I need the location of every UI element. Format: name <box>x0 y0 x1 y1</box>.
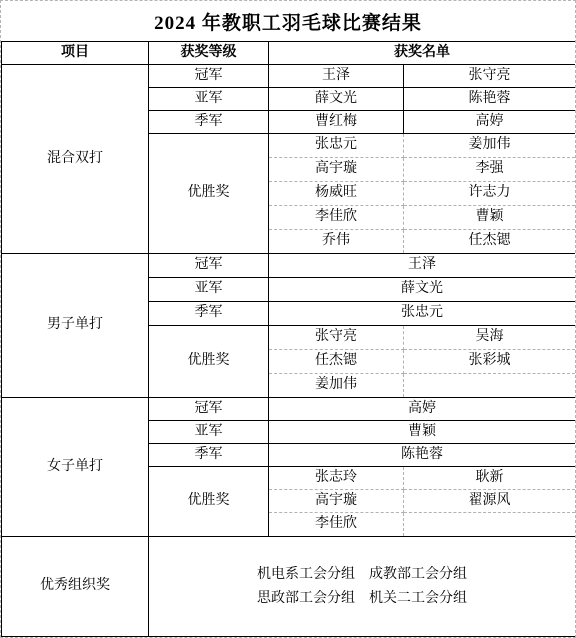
level-cell-merit: 优胜奖 <box>149 467 269 537</box>
table-row: 女子单打 冠军 高婷 <box>2 398 576 421</box>
winner-cell: 张忠元 <box>269 134 404 158</box>
winner-cell: 高宇璇 <box>269 490 404 513</box>
winner-cell: 张守亮 <box>404 65 576 88</box>
level-cell-merit: 优胜奖 <box>149 326 269 398</box>
winner-cell: 翟源风 <box>404 490 576 513</box>
level-cell-third: 季军 <box>149 111 269 134</box>
winner-cell: 陈艳蓉 <box>269 444 576 467</box>
page-title: 2024 年教职工羽毛球比赛结果 <box>1 1 575 41</box>
table-row: 混合双打 冠军 王泽 张守亮 <box>2 65 576 88</box>
level-cell-champion: 冠军 <box>149 398 269 421</box>
winner-cell: 乔伟 <box>269 230 404 254</box>
level-cell-runner-up: 亚军 <box>149 278 269 302</box>
col-header-event: 项目 <box>2 42 149 65</box>
table-row: 优秀组织奖 机电系工会分组 成教部工会分组 思政部工会分组 机关二工会分组 <box>2 537 576 637</box>
organization-winners-line1: 机电系工会分组 成教部工会分组 <box>149 563 575 587</box>
organization-winners-cell: 机电系工会分组 成教部工会分组 思政部工会分组 机关二工会分组 <box>149 537 576 637</box>
col-header-level: 获奖等级 <box>149 42 269 65</box>
winner-cell: 王泽 <box>269 65 404 88</box>
winner-cell: 曹颖 <box>269 421 576 444</box>
winner-cell: 任杰锶 <box>269 350 404 374</box>
level-cell-third: 季军 <box>149 444 269 467</box>
winner-cell: 任杰锶 <box>404 230 576 254</box>
winner-cell: 陈艳蓉 <box>404 88 576 111</box>
winner-cell: 薛文光 <box>269 278 576 302</box>
results-table: 项目 获奖等级 获奖名单 混合双打 冠军 王泽 张守亮 亚军 薛文光 陈艳蓉 季… <box>1 41 576 637</box>
winner-cell: 杨威旺 <box>269 182 404 206</box>
winner-cell: 高婷 <box>404 111 576 134</box>
level-cell-runner-up: 亚军 <box>149 421 269 444</box>
event-cell-mixed-doubles: 混合双打 <box>2 65 149 254</box>
winner-cell <box>404 513 576 537</box>
winner-cell: 薛文光 <box>269 88 404 111</box>
winner-cell: 张守亮 <box>269 326 404 350</box>
document-page: 2024 年教职工羽毛球比赛结果 项目 获奖等级 获奖名单 混合双打 冠军 王泽… <box>0 0 576 638</box>
event-cell-organization-award: 优秀组织奖 <box>2 537 149 637</box>
level-cell-merit: 优胜奖 <box>149 134 269 254</box>
winner-cell: 高婷 <box>269 398 576 421</box>
level-cell-runner-up: 亚军 <box>149 88 269 111</box>
winner-cell: 张忠元 <box>269 302 576 326</box>
header-row: 项目 获奖等级 获奖名单 <box>2 42 576 65</box>
winner-cell: 张彩城 <box>404 350 576 374</box>
winner-cell: 高宇璇 <box>269 158 404 182</box>
winner-cell <box>404 374 576 398</box>
event-cell-womens-singles: 女子单打 <box>2 398 149 537</box>
winner-cell: 耿新 <box>404 467 576 490</box>
winner-cell: 吴海 <box>404 326 576 350</box>
event-cell-mens-singles: 男子单打 <box>2 254 149 398</box>
winner-cell: 姜加伟 <box>269 374 404 398</box>
winner-cell: 曹颖 <box>404 206 576 230</box>
winner-cell: 许志力 <box>404 182 576 206</box>
level-cell-champion: 冠军 <box>149 65 269 88</box>
level-cell-third: 季军 <box>149 302 269 326</box>
winner-cell: 姜加伟 <box>404 134 576 158</box>
winner-cell: 李强 <box>404 158 576 182</box>
organization-winners-line2: 思政部工会分组 机关二工会分组 <box>149 587 575 611</box>
winner-cell: 李佳欣 <box>269 513 404 537</box>
level-cell-champion: 冠军 <box>149 254 269 278</box>
winner-cell: 张志玲 <box>269 467 404 490</box>
table-row: 男子单打 冠军 王泽 <box>2 254 576 278</box>
col-header-list: 获奖名单 <box>269 42 576 65</box>
winner-cell: 曹红梅 <box>269 111 404 134</box>
winner-cell: 李佳欣 <box>269 206 404 230</box>
winner-cell: 王泽 <box>269 254 576 278</box>
